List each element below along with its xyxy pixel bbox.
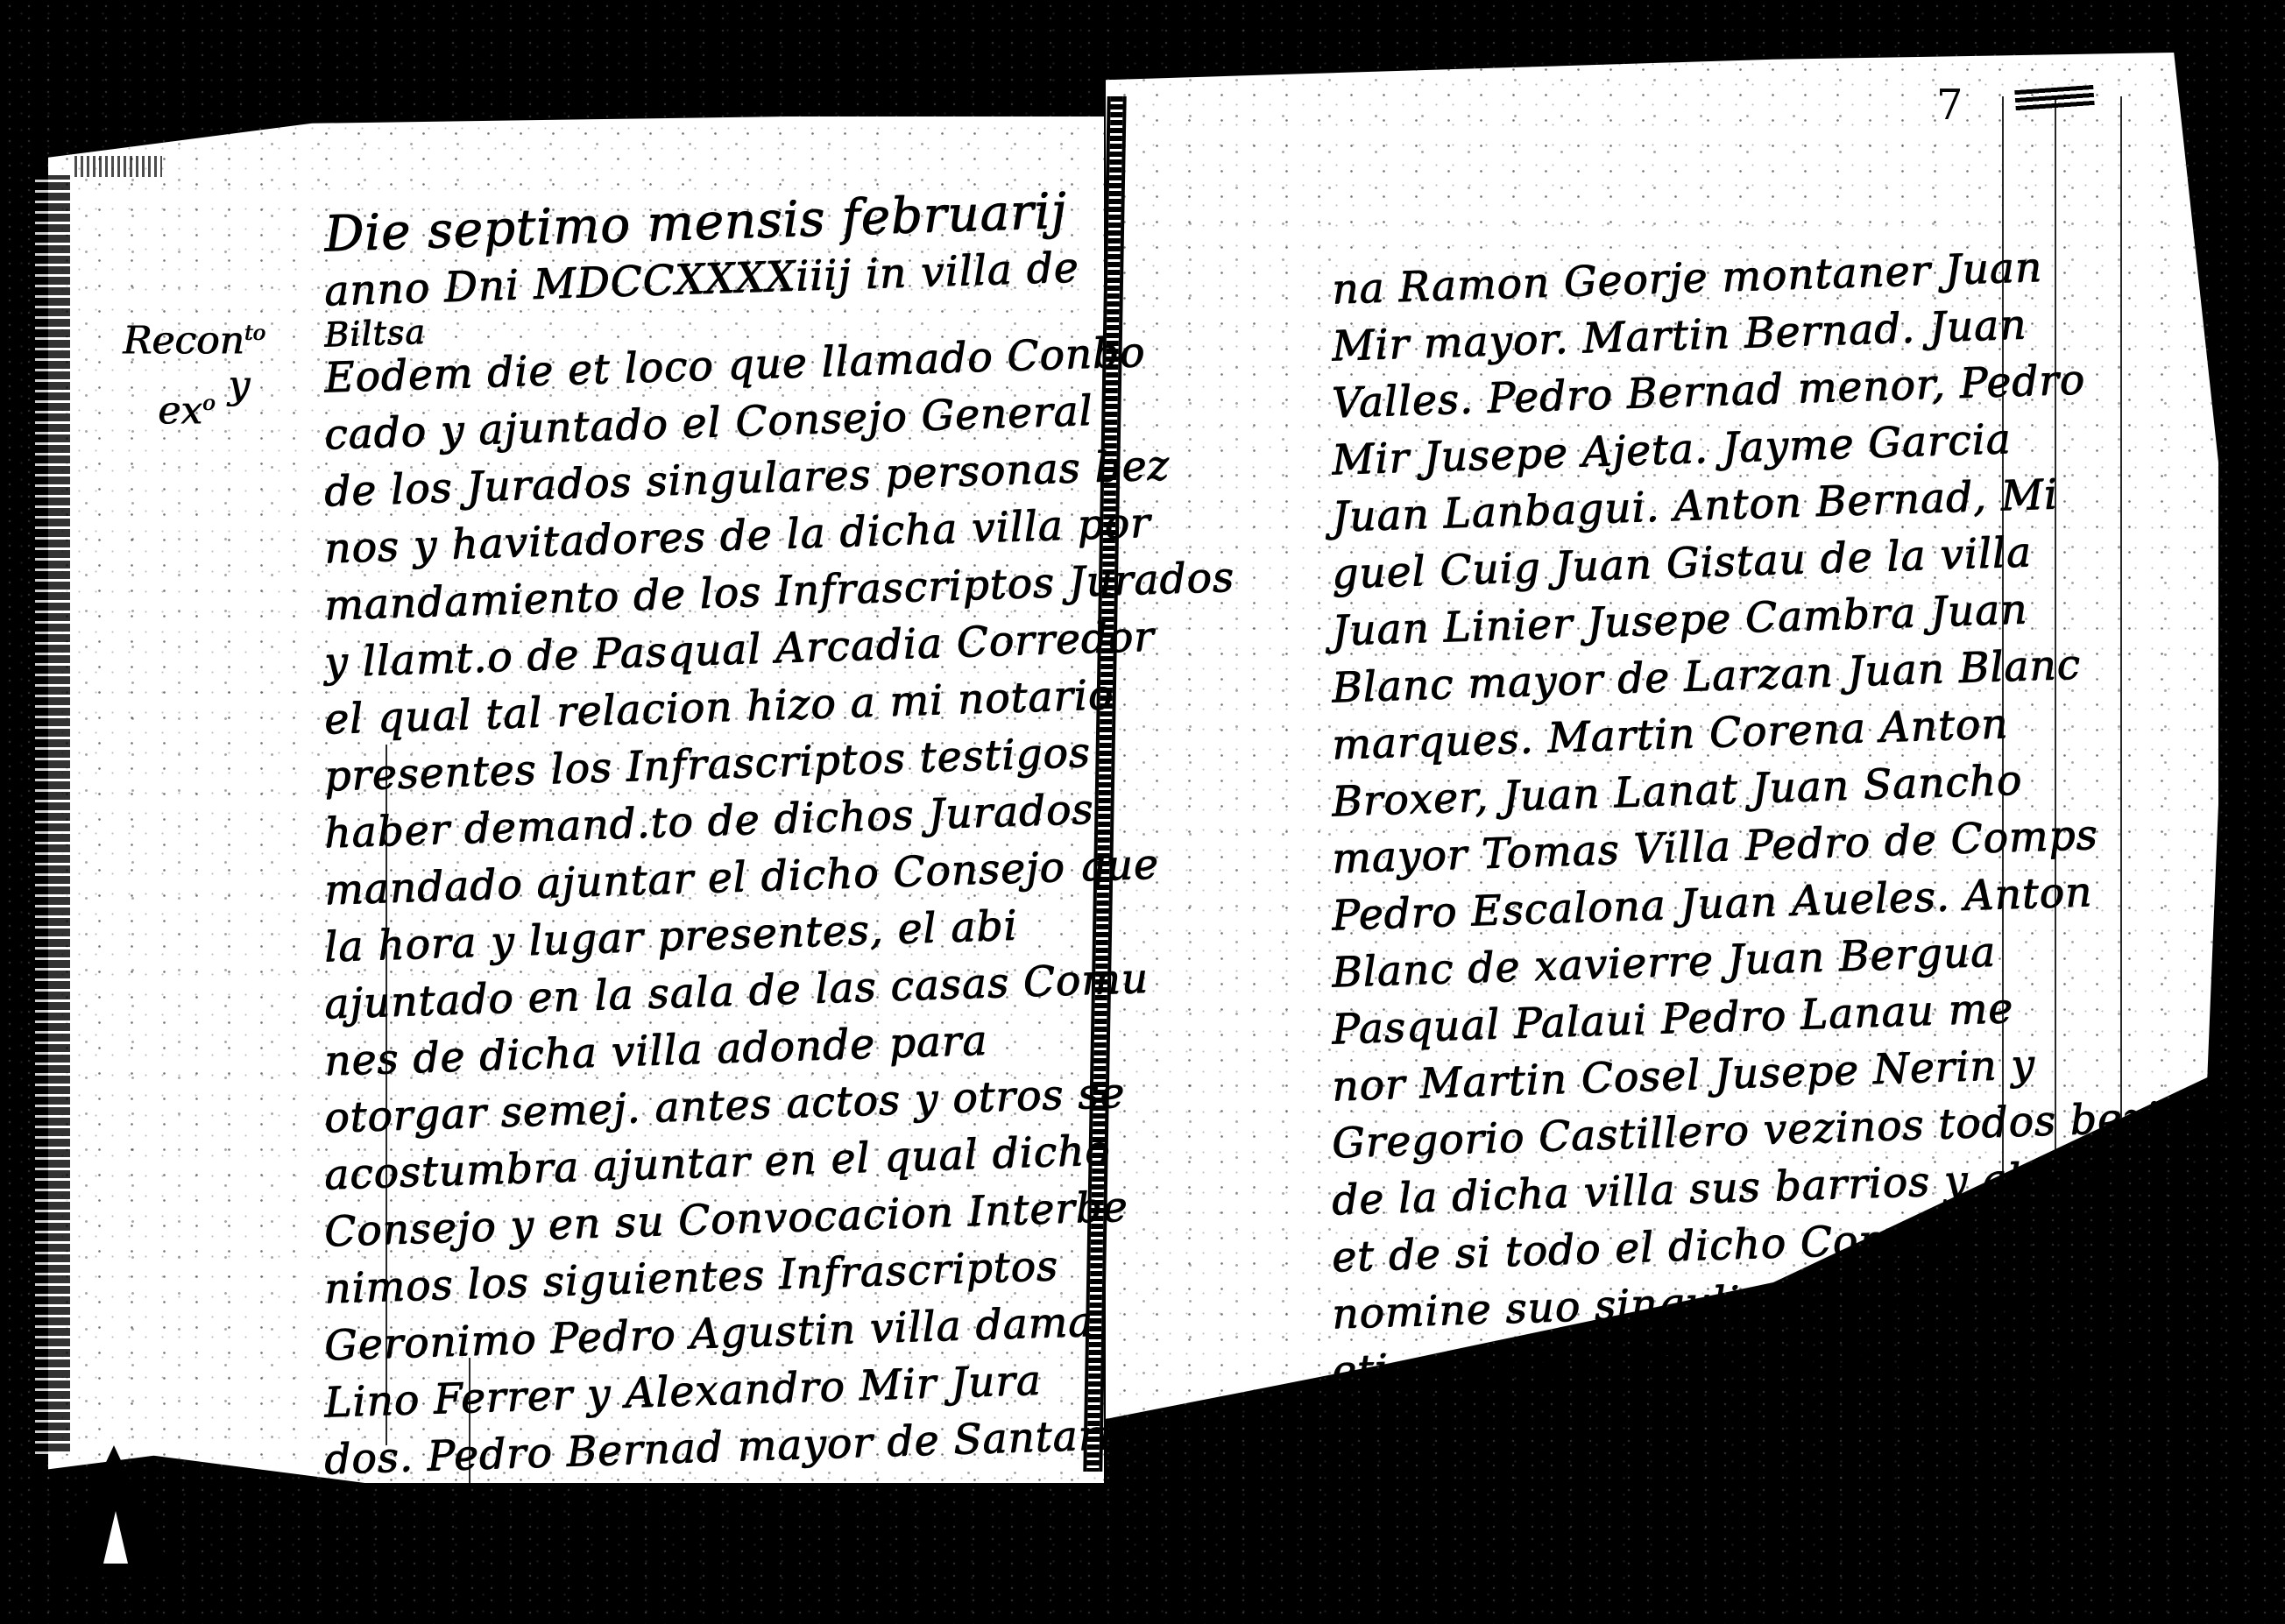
archive-stamp: AHP HUESCA <box>2046 1340 2171 1403</box>
page-clip-gap <box>103 1511 128 1564</box>
margin-note-line: Recon <box>123 319 244 364</box>
right-page-text: na Ramon Georje montaner Juan Mir mayor.… <box>1332 261 2173 1400</box>
left-page-text: Die septimo mensis februarij anno Dni MD… <box>324 206 1078 1488</box>
left-page-edge <box>35 175 70 1454</box>
top-left-stamp-mark <box>74 156 162 177</box>
margin-note-superscript: to <box>244 321 265 345</box>
margin-note: Reconto y exo <box>123 311 265 433</box>
margin-note-line: ex <box>158 388 202 433</box>
margin-note-superscript: o <box>202 391 215 415</box>
archive-stamp-acronym: AHP <box>2046 1340 2171 1372</box>
folio-number: 7 <box>1936 81 1963 130</box>
archive-stamp-city: HUESCA <box>2046 1372 2171 1403</box>
